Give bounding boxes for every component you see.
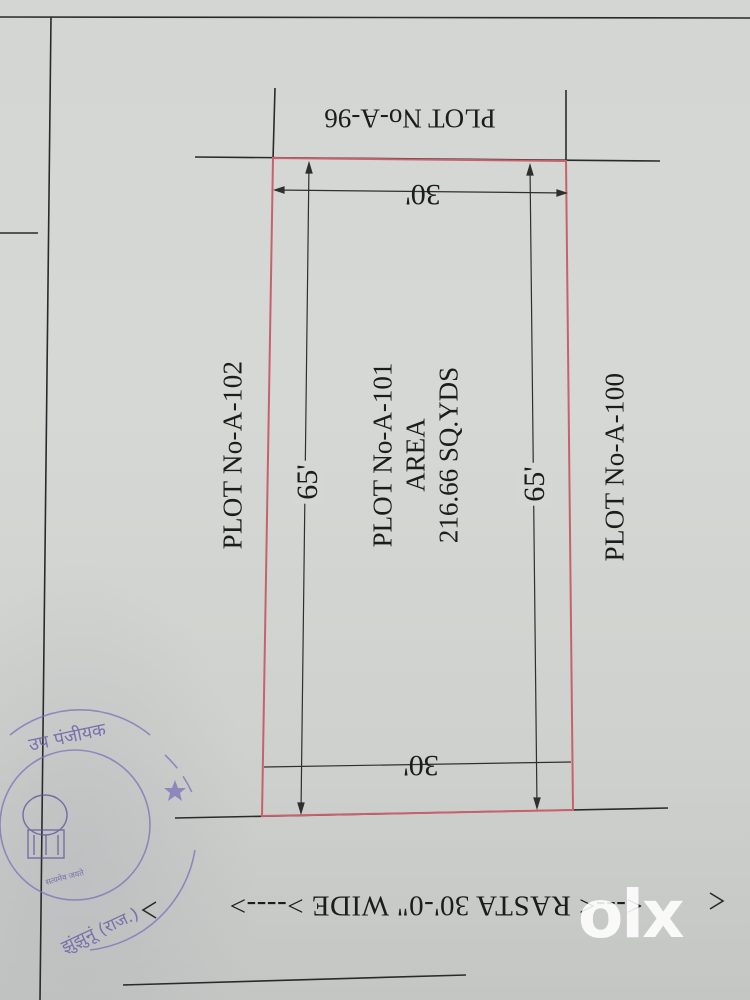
- olx-watermark-logo: olx: [578, 880, 718, 950]
- main-plot-info: PLOT No-A-101 AREA 216.66 SQ.YDS: [367, 363, 466, 548]
- main-plot-area-label: AREA: [400, 363, 433, 548]
- dimension-width-top: 30': [405, 177, 440, 211]
- dimension-width-bottom: 30': [403, 748, 438, 782]
- plot-label-top-neighbour: PLOT No-A-96: [324, 103, 495, 134]
- plot-label-left-neighbour: PLOT No-A-102: [218, 361, 249, 550]
- bottom-line: [123, 975, 466, 985]
- main-plot-number: PLOT No-A-101: [367, 363, 400, 548]
- road-arrow-left-icon: [143, 902, 156, 918]
- frame-top-line: [0, 17, 750, 18]
- plot-label-right-neighbour: PLOT No-A-100: [600, 373, 631, 562]
- dimension-length-right: 65': [518, 462, 552, 505]
- main-plot-area-value: 216.66 SQ.YDS: [433, 363, 466, 548]
- boundary-left-extension: [273, 88, 275, 160]
- star-icon: [164, 780, 186, 801]
- ashoka-emblem-icon: [23, 795, 67, 858]
- dimension-length-left: 65': [291, 460, 325, 503]
